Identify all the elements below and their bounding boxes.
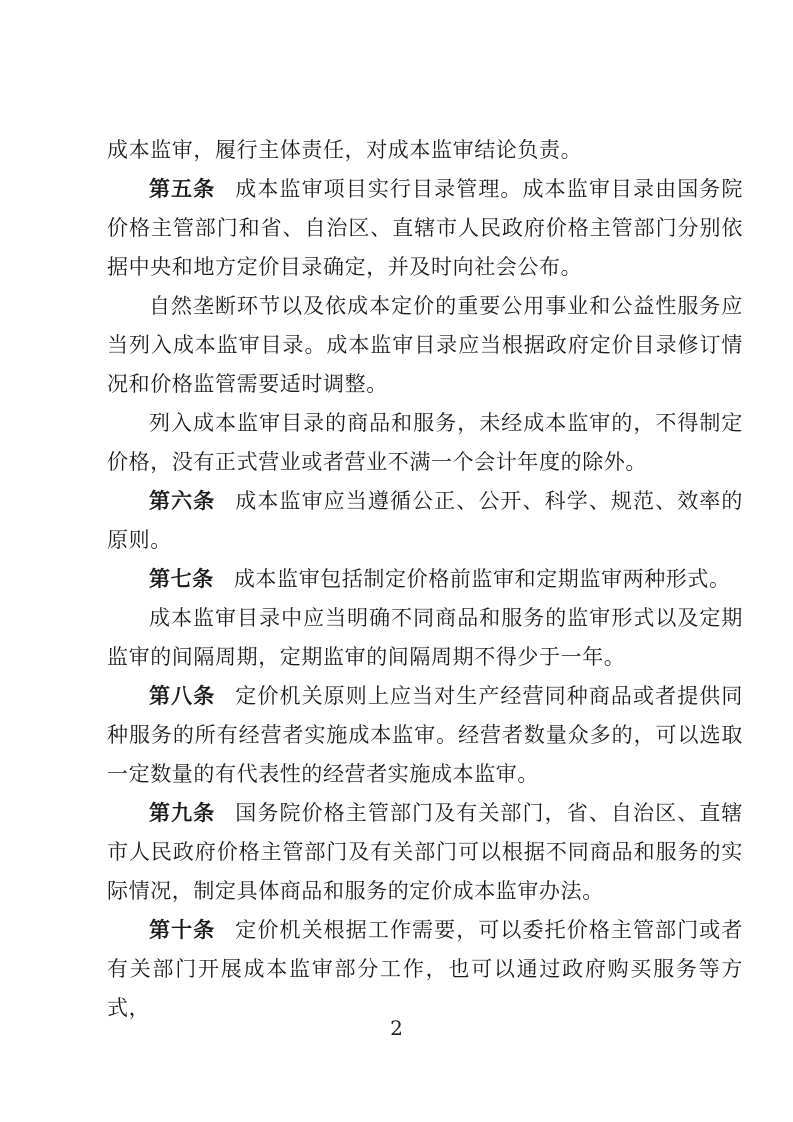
paragraph: 第八条定价机关原则上应当对生产经营同种商品或者提供同种服务的所有经营者实施成本监… (107, 677, 743, 794)
paragraph-text: 自然垄断环节以及依成本定价的重要公用事业和公益性服务应当列入成本监审目录。成本监… (107, 294, 743, 396)
article-number: 第十条 (149, 918, 215, 942)
article-number: 第五条 (149, 177, 215, 201)
paragraph-text: 成本监审目录中应当明确不同商品和服务的监审形式以及定期监审的间隔周期，定期监审的… (107, 606, 743, 669)
article-number: 第六条 (149, 489, 215, 513)
article-number: 第九条 (149, 801, 215, 825)
paragraph-text: 列入成本监审目录的商品和服务，未经成本监审的，不得制定价格，没有正式营业或者营业… (107, 411, 743, 474)
page-number: 2 (0, 1013, 793, 1043)
paragraph: 第十条定价机关根据工作需要，可以委托价格主管部门或者有关部门开展成本监审部分工作… (107, 911, 743, 1028)
paragraph: 自然垄断环节以及依成本定价的重要公用事业和公益性服务应当列入成本监审目录。成本监… (107, 287, 743, 404)
article-number: 第七条 (149, 567, 214, 591)
paragraph: 第九条国务院价格主管部门及有关部门，省、自治区、直辖市人民政府价格主管部门及有关… (107, 794, 743, 911)
paragraph: 列入成本监审目录的商品和服务，未经成本监审的，不得制定价格，没有正式营业或者营业… (107, 404, 743, 482)
paragraph-text: 成本监审包括制定价格前监审和定期监审两种形式。 (234, 567, 731, 591)
paragraph: 第六条成本监审应当遵循公正、公开、科学、规范、效率的原则。 (107, 482, 743, 560)
paragraph: 成本监审目录中应当明确不同商品和服务的监审形式以及定期监审的间隔周期，定期监审的… (107, 599, 743, 677)
paragraph: 第五条成本监审项目实行目录管理。成本监审目录由国务院价格主管部门和省、自治区、直… (107, 170, 743, 287)
paragraph-text: 成本监审，履行主体责任，对成本监审结论负责。 (107, 138, 582, 162)
document-page: 成本监审，履行主体责任，对成本监审结论负责。第五条成本监审项目实行目录管理。成本… (0, 0, 793, 1122)
document-body: 成本监审，履行主体责任，对成本监审结论负责。第五条成本监审项目实行目录管理。成本… (107, 131, 743, 1028)
paragraph: 成本监审，履行主体责任，对成本监审结论负责。 (107, 131, 743, 170)
paragraph: 第七条成本监审包括制定价格前监审和定期监审两种形式。 (107, 560, 743, 599)
article-number: 第八条 (149, 684, 215, 708)
